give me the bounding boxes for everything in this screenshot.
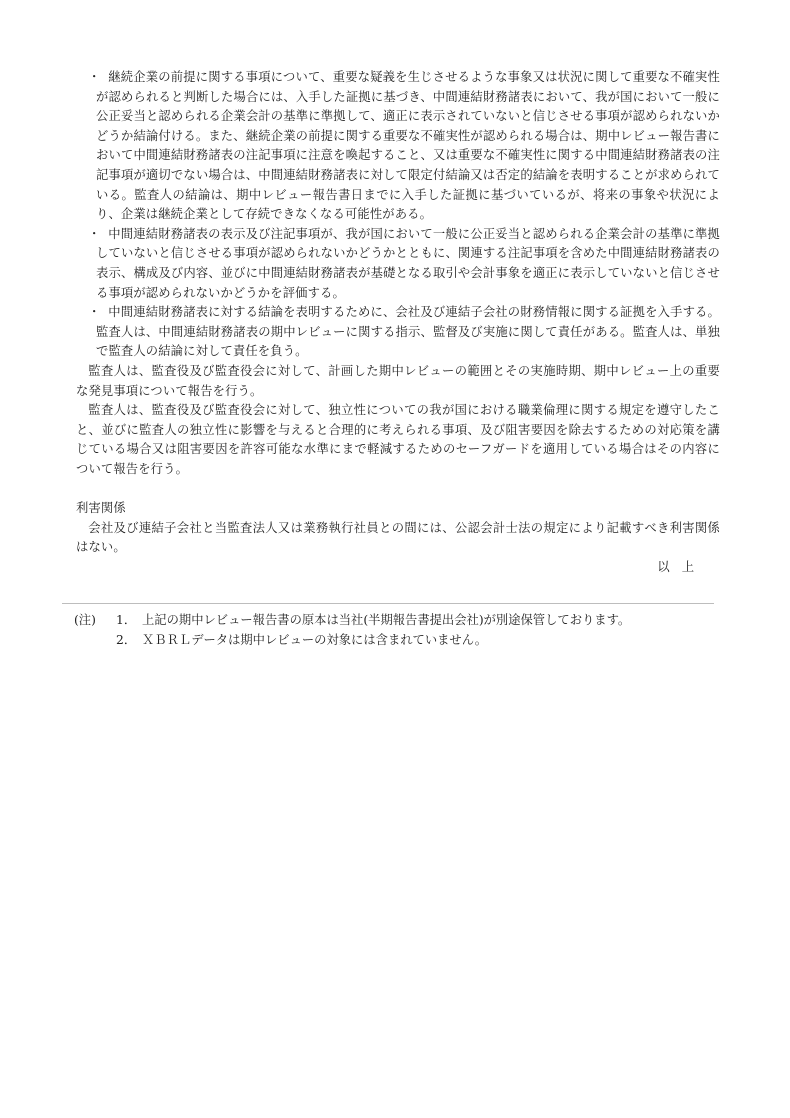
- closing-text: 以上: [657, 560, 706, 574]
- closing-mark: 以上: [74, 558, 720, 578]
- bullet-icon: ・: [88, 225, 100, 245]
- spacer: [74, 479, 720, 499]
- separator-line: [62, 603, 714, 604]
- note-text: 上記の期中レビュー報告書の原本は当社(半期報告書提出会社)が別途保管しております…: [142, 611, 630, 631]
- note-number: 2．: [116, 631, 142, 651]
- paragraph-interest: 会社及び連結子会社と当監査法人又は業務執行社員との間には、公認会計士法の規定によ…: [74, 519, 720, 558]
- bullet-icon: ・: [88, 303, 100, 323]
- paragraph-review-scope-report: 監査人は、監査役及び監査役会に対して、計画した期中レビューの範囲とその実施時期、…: [74, 362, 720, 401]
- note-label: (注): [74, 611, 116, 631]
- bullet-text: 中間連結財務諸表の表示及び注記事項が、我が国において一般に公正妥当と認められる企…: [96, 225, 720, 303]
- paragraph-independence-report: 監査人は、監査役及び監査役会に対して、独立性についての我が国における職業倫理に関…: [74, 401, 720, 479]
- bullet-text: 継続企業の前提に関する事項について、重要な疑義を生じさせるような事象又は状況に関…: [96, 68, 720, 225]
- bullet-presentation-evaluation: ・ 中間連結財務諸表の表示及び注記事項が、我が国において一般に公正妥当と認められ…: [74, 225, 720, 303]
- note-item-1: (注) 1． 上記の期中レビュー報告書の原本は当社(半期報告書提出会社)が別途保…: [74, 611, 720, 631]
- notes-section: (注) 1． 上記の期中レビュー報告書の原本は当社(半期報告書提出会社)が別途保…: [74, 611, 720, 650]
- bullet-icon: ・: [88, 68, 100, 88]
- document-body: ・ 継続企業の前提に関する事項について、重要な疑義を生じさせるような事象又は状況…: [74, 68, 720, 577]
- bullet-evidence-responsibility: ・ 中間連結財務諸表に対する結論を表明するために、会社及び連結子会社の財務情報に…: [74, 303, 720, 362]
- bullet-going-concern: ・ 継続企業の前提に関する事項について、重要な疑義を生じさせるような事象又は状況…: [74, 68, 720, 225]
- document-page: ・ 継続企業の前提に関する事項について、重要な疑義を生じさせるような事象又は状況…: [0, 0, 790, 1118]
- note-label-spacer: [74, 631, 116, 651]
- section-heading-interest: 利害関係: [74, 499, 720, 519]
- note-text: ＸＢＲＬデータは期中レビューの対象には含まれていません。: [142, 631, 487, 651]
- bullet-text: 中間連結財務諸表に対する結論を表明するために、会社及び連結子会社の財務情報に関す…: [96, 303, 720, 362]
- note-item-2: 2． ＸＢＲＬデータは期中レビューの対象には含まれていません。: [74, 631, 720, 651]
- note-number: 1．: [116, 611, 142, 631]
